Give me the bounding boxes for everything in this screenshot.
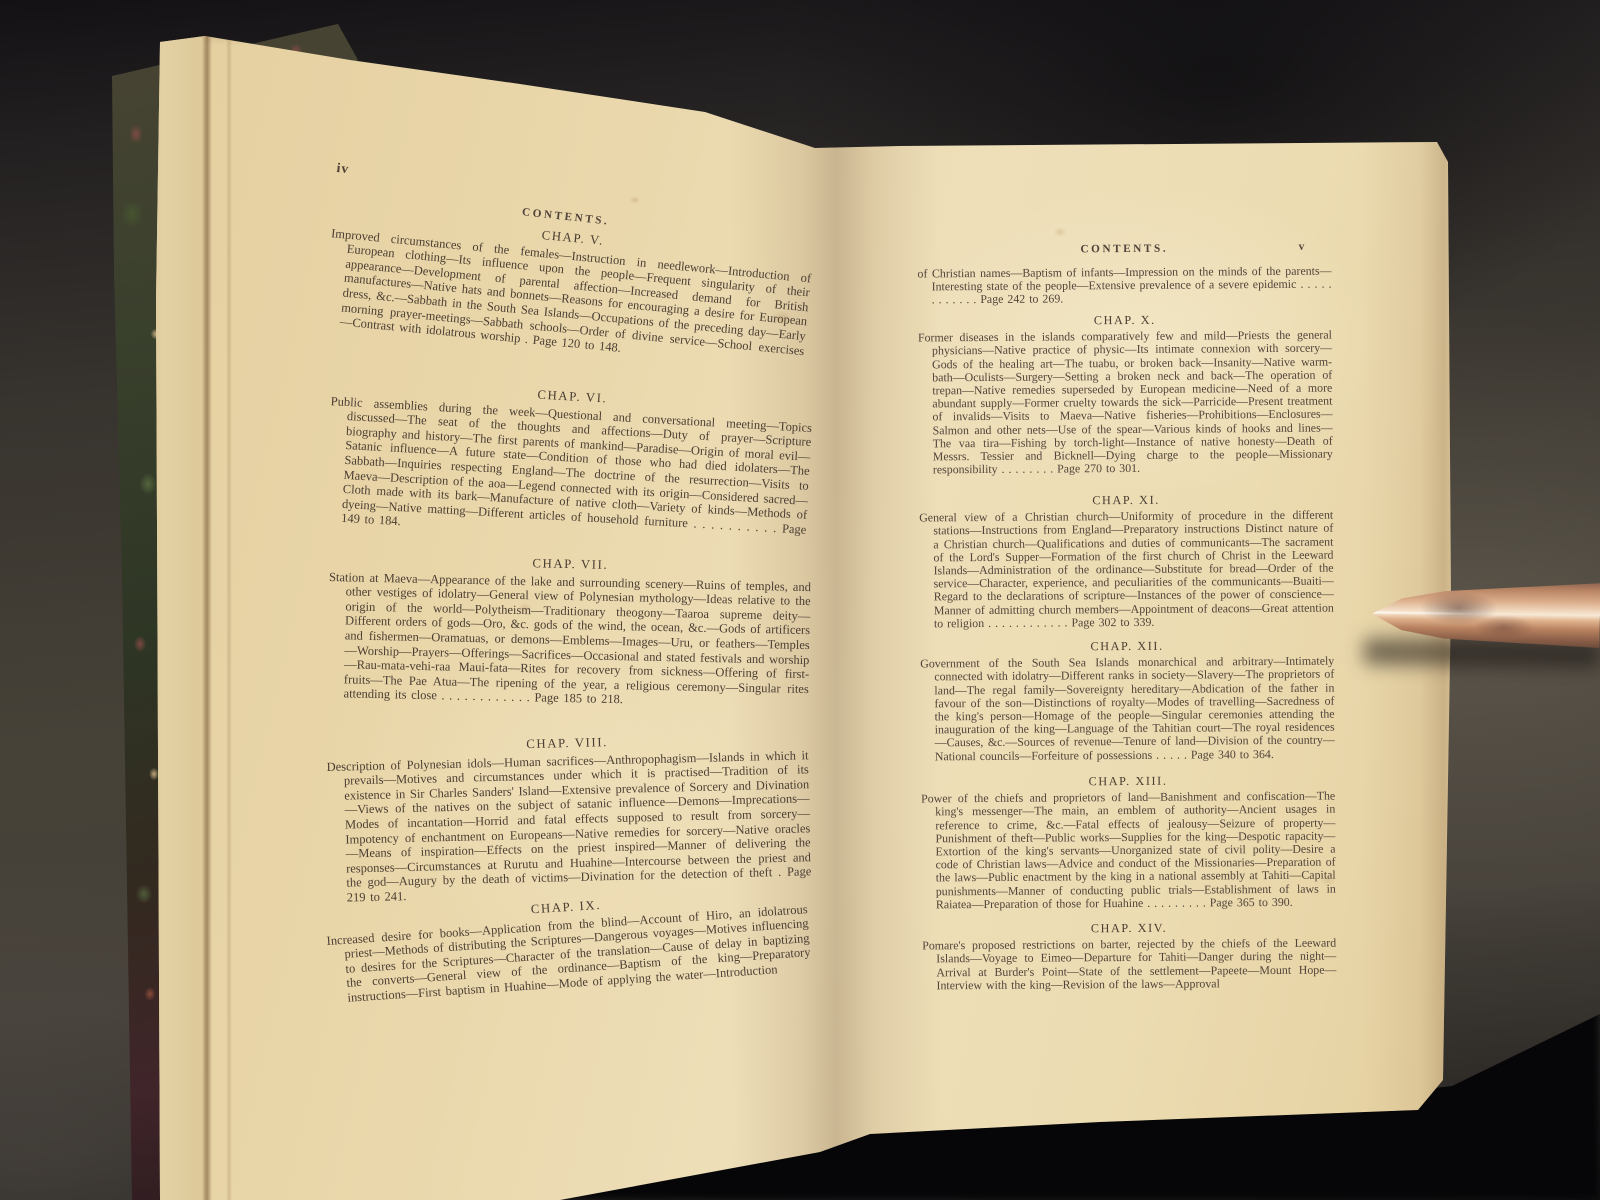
page-number-right: v bbox=[1299, 241, 1306, 254]
page-crease bbox=[202, 20, 212, 1200]
chapter-summary: Station at Maeva—Appearance of the lake … bbox=[326, 570, 811, 711]
chapter-heading: CHAP. XI. bbox=[919, 493, 1333, 509]
chapter-summary: Government of the South Sea Islands mona… bbox=[920, 655, 1335, 764]
contents-header-right: CONTENTS. bbox=[917, 242, 1331, 258]
right-page-text: CONTENTS. v of Christian names—Baptism o… bbox=[917, 241, 1336, 1024]
chapter-ix-continuation: of Christian names—Baptism of infants—Im… bbox=[917, 265, 1331, 307]
chapter-entry-vii: CHAP. VII. Station at Maeva—Appearance o… bbox=[326, 552, 811, 711]
chapter-summary: Pomare's proposed restrictions on barter… bbox=[922, 937, 1336, 993]
page-number-left: iv bbox=[336, 161, 350, 177]
chapter-summary: Public assemblies during the week—Questi… bbox=[324, 394, 813, 552]
chapter-entry-viii: CHAP. VIII. Description of Polynesian id… bbox=[326, 730, 812, 905]
chapter-heading: CHAP. XII. bbox=[920, 639, 1334, 655]
chapter-entry-vi: CHAP. VI. Public assemblies during the w… bbox=[324, 376, 814, 552]
chapter-heading: CHAP. X. bbox=[918, 313, 1332, 329]
left-page-text: iv CONTENTS. CHAP. V. Improved circumsta… bbox=[328, 150, 810, 1050]
chapter-summary: of Christian names—Baptism of infants—Im… bbox=[917, 265, 1331, 307]
chapter-heading: CHAP. XIV. bbox=[922, 921, 1336, 937]
pen-highlight bbox=[1372, 611, 1475, 614]
page-crease-faint bbox=[226, 20, 232, 1200]
chapter-summary: Former diseases in the islands comparati… bbox=[918, 329, 1333, 477]
photo-scene: iv CONTENTS. CHAP. V. Improved circumsta… bbox=[0, 0, 1600, 1200]
chapter-summary: Description of Polynesian idols—Human sa… bbox=[326, 748, 811, 906]
chapter-summary: Power of the chiefs and proprietors of l… bbox=[921, 790, 1336, 912]
right-page-header: CONTENTS. v bbox=[917, 241, 1331, 264]
chapter-entry-x: CHAP. X. Former diseases in the islands … bbox=[918, 313, 1333, 477]
chapter-entry-xiii: CHAP. XIII. Power of the chiefs and prop… bbox=[921, 774, 1336, 912]
chapter-entry-xii: CHAP. XII. Government of the South Sea I… bbox=[920, 639, 1335, 764]
chapter-summary: General view of a Christian church—Unifo… bbox=[919, 509, 1334, 631]
chapter-entry-xiv: CHAP. XIV. Pomare's proposed restriction… bbox=[922, 921, 1336, 993]
chapter-entry-xi: CHAP. XI. General view of a Christian ch… bbox=[919, 493, 1334, 631]
chapter-heading: CHAP. XIII. bbox=[921, 774, 1335, 790]
